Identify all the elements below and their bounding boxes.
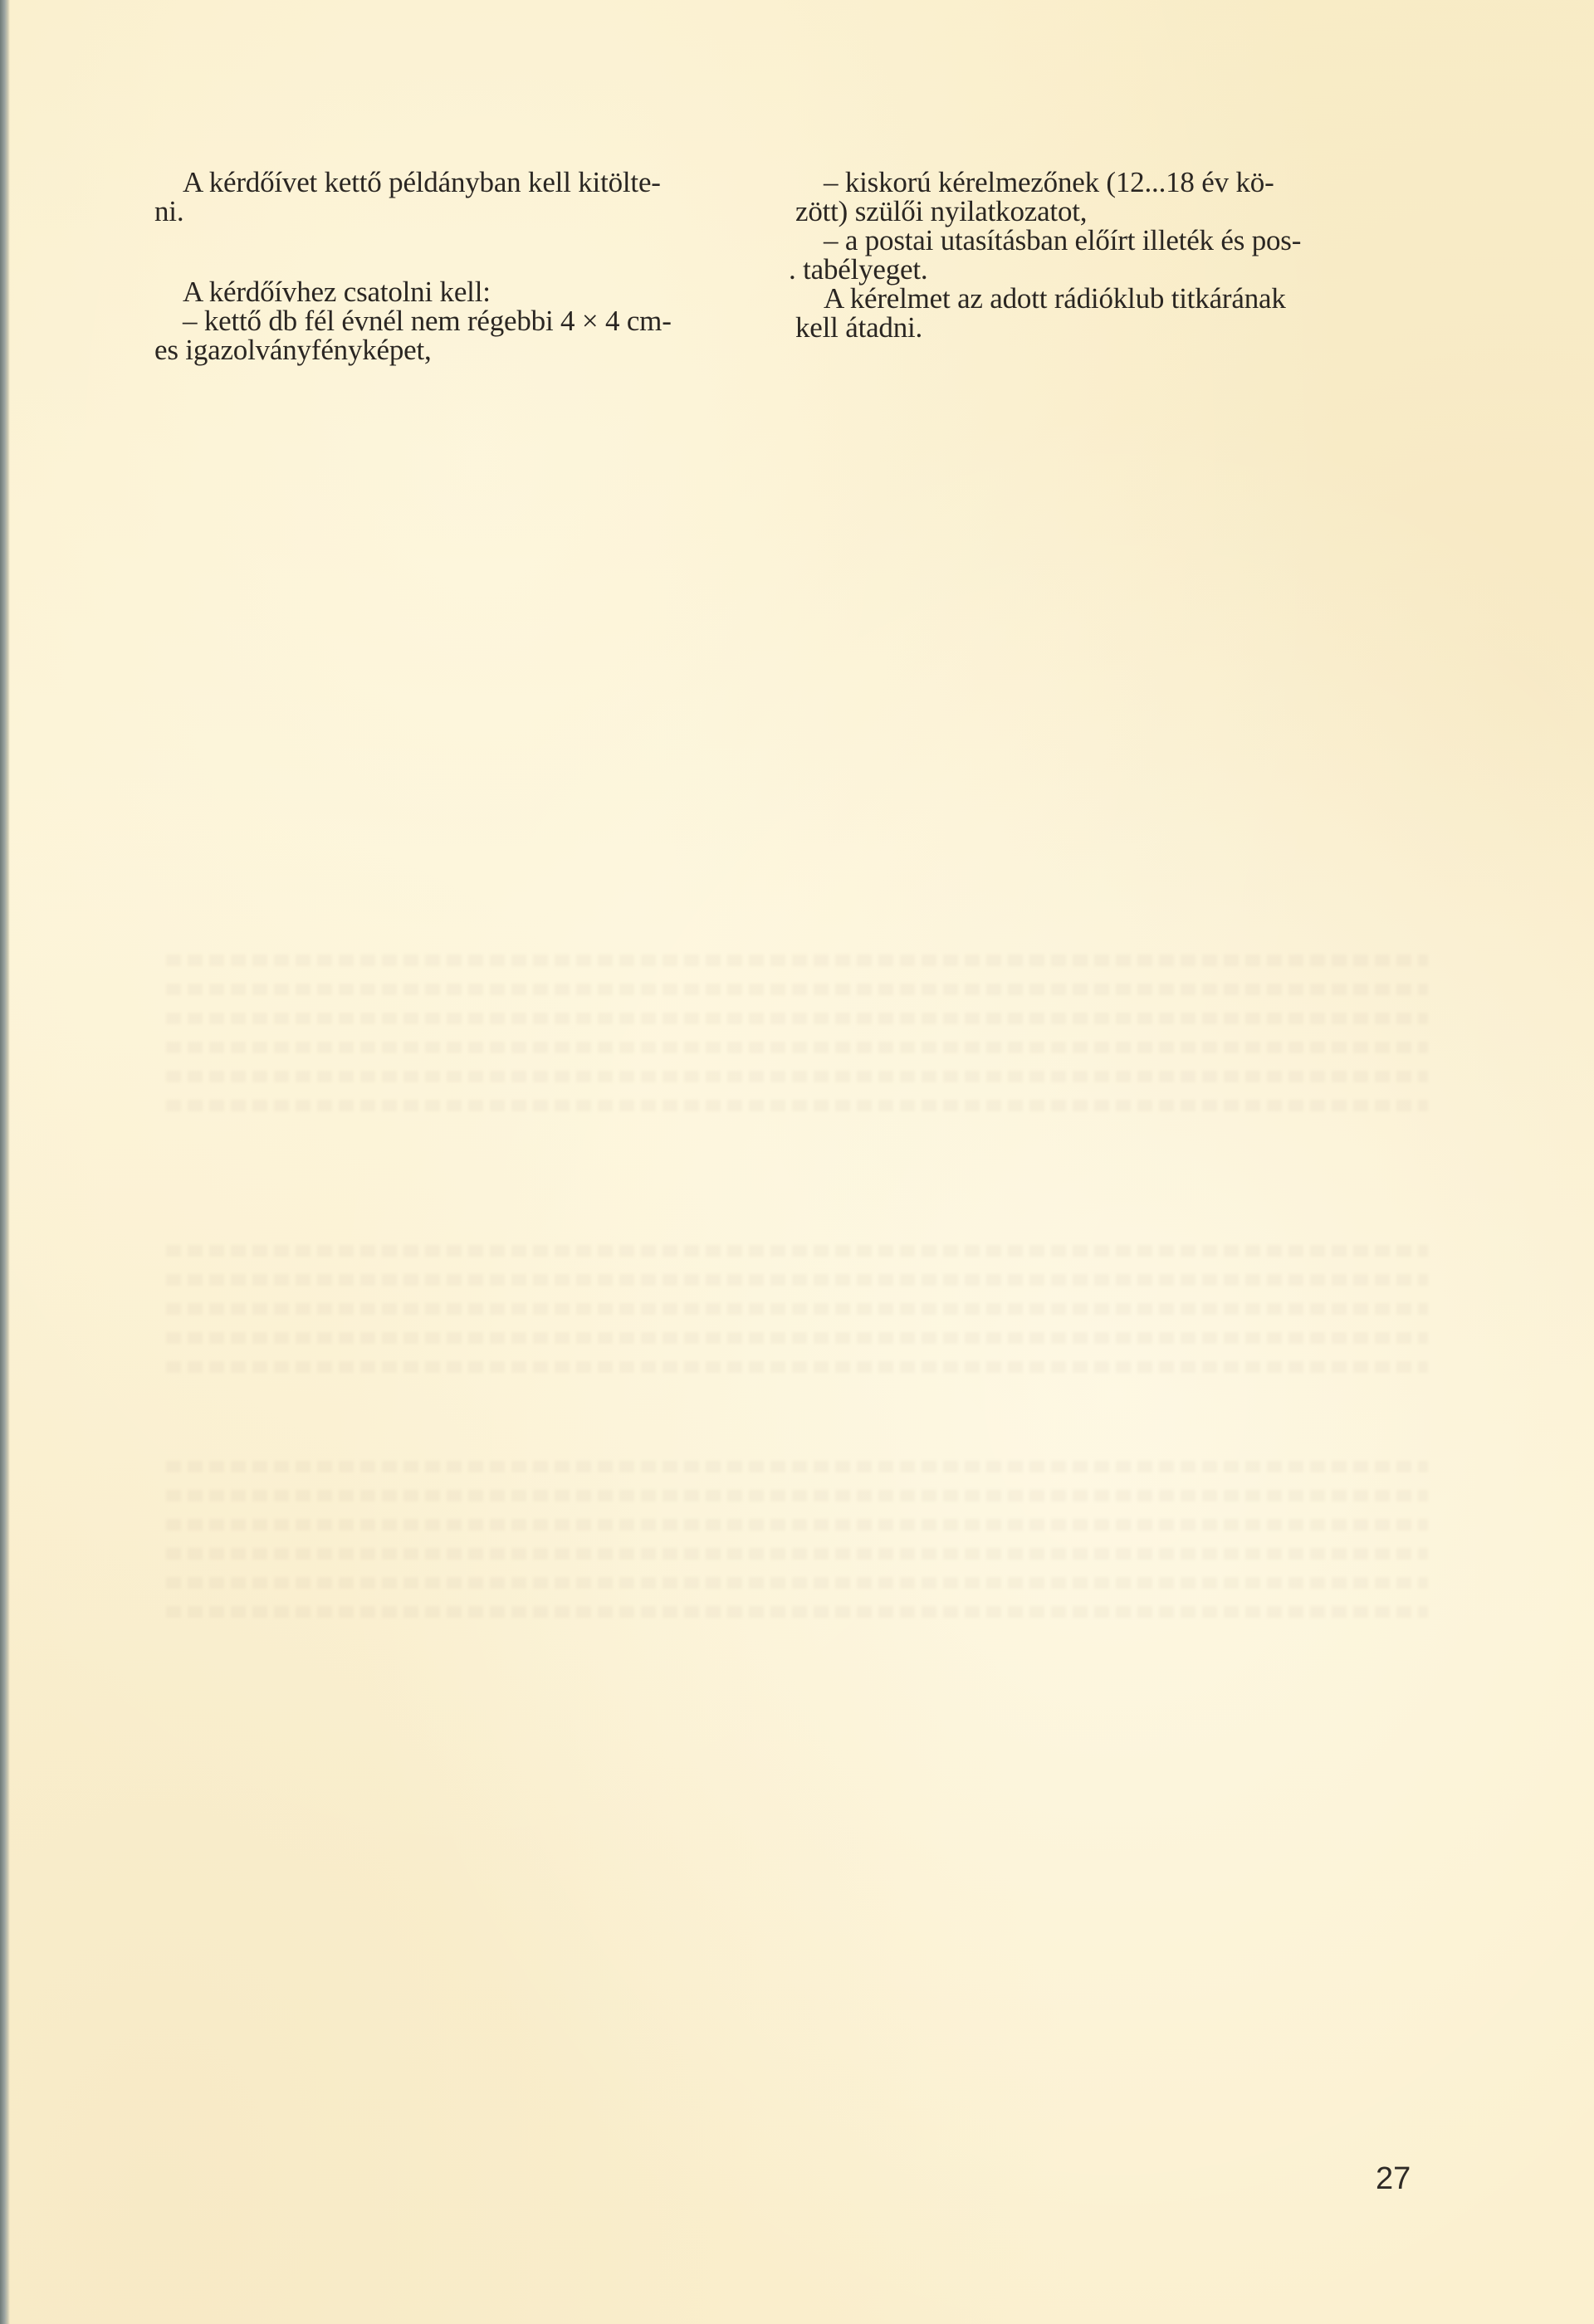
show-through-text — [166, 1245, 1428, 1257]
show-through-text — [166, 1490, 1428, 1501]
show-through-text — [166, 1461, 1428, 1472]
show-through-text — [166, 1274, 1428, 1286]
list-item-line: – kiskorú kérelmezőnek (12...18 év kö- — [795, 168, 1410, 197]
show-through-text — [166, 1577, 1428, 1589]
binding-edge — [0, 0, 10, 2324]
show-through-text — [166, 1071, 1428, 1082]
right-text-column: – kiskorú kérelmezőnek (12...18 év kö- z… — [795, 168, 1410, 342]
show-through-text — [166, 984, 1428, 995]
left-text-column: A kérdőívet kettő példányban kell kitölt… — [154, 168, 749, 364]
show-through-text — [166, 954, 1428, 966]
paragraph-line: kell átadni. — [795, 313, 1410, 342]
paper-page: A kérdőívet kettő példányban kell kitölt… — [0, 0, 1594, 2324]
show-through-text — [166, 1042, 1428, 1053]
paragraph-line: A kérdőívet kettő példányban kell kitölt… — [154, 168, 749, 197]
show-through-text — [166, 1548, 1428, 1560]
page-number: 27 — [1376, 2161, 1411, 2197]
list-item-line: zött) szülői nyilatkozatot, — [795, 197, 1410, 226]
list-item-line: – kettő db fél évnél nem régebbi 4 × 4 c… — [154, 306, 749, 335]
show-through-text — [166, 1100, 1428, 1111]
show-through-text — [166, 1361, 1428, 1373]
show-through-text — [166, 1303, 1428, 1315]
list-item-line: es igazolványfényképet, — [154, 335, 749, 364]
list-item-line: . tabélyeget. — [789, 255, 1410, 284]
paragraph-line: A kérdőívhez csatolni kell: — [154, 277, 749, 306]
list-item-line: – a postai utasításban előírt illeték és… — [795, 226, 1410, 255]
show-through-text — [166, 1013, 1428, 1024]
show-through-text — [166, 1519, 1428, 1531]
show-through-text — [166, 1606, 1428, 1618]
show-through-text — [166, 1332, 1428, 1344]
paragraph-line: A kérelmet az adott rádióklub titkárának — [795, 284, 1410, 313]
paragraph-line: ni. — [154, 197, 749, 226]
